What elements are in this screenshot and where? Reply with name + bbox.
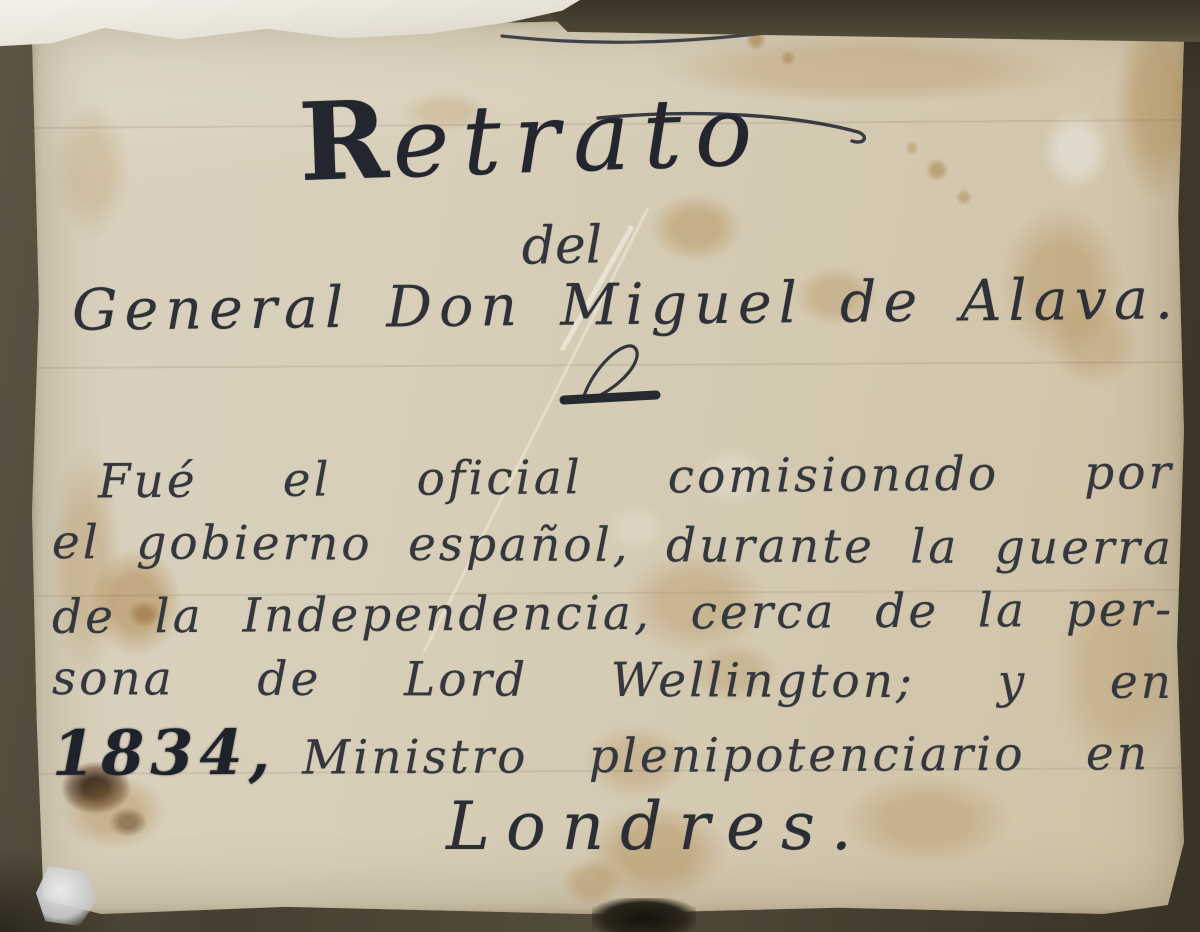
title-connector: del (461, 214, 662, 277)
body-line-6-londres: Londres. (52, 788, 1200, 865)
body-line-5: 1834, Ministro plenipotenciario en (52, 711, 1174, 790)
body-line-1: Fué el oficial comisionado por (52, 445, 1174, 510)
body-line-5-text: Ministro plenipotenciario en (302, 726, 1174, 786)
subject-name-line: General Don Miguel de Alava. (72, 266, 1181, 344)
body-line-3: de la Independencia, cerca de la per- (52, 582, 1174, 645)
section-divider-flourish (564, 346, 656, 402)
paper-label: Retrato del General Don Miguel de Alava.… (32, 20, 1184, 914)
body-line-2: el gobierno español, durante la guerra (52, 515, 1174, 576)
year-1834: 1834, (52, 716, 277, 790)
photographed-label: Retrato del General Don Miguel de Alava.… (0, 0, 1200, 932)
document-title: Retrato (230, 62, 834, 209)
fold-line (32, 362, 1184, 368)
dark-blotch (592, 898, 696, 932)
body-line-4: sona de Lord Wellington; y en (52, 651, 1174, 710)
